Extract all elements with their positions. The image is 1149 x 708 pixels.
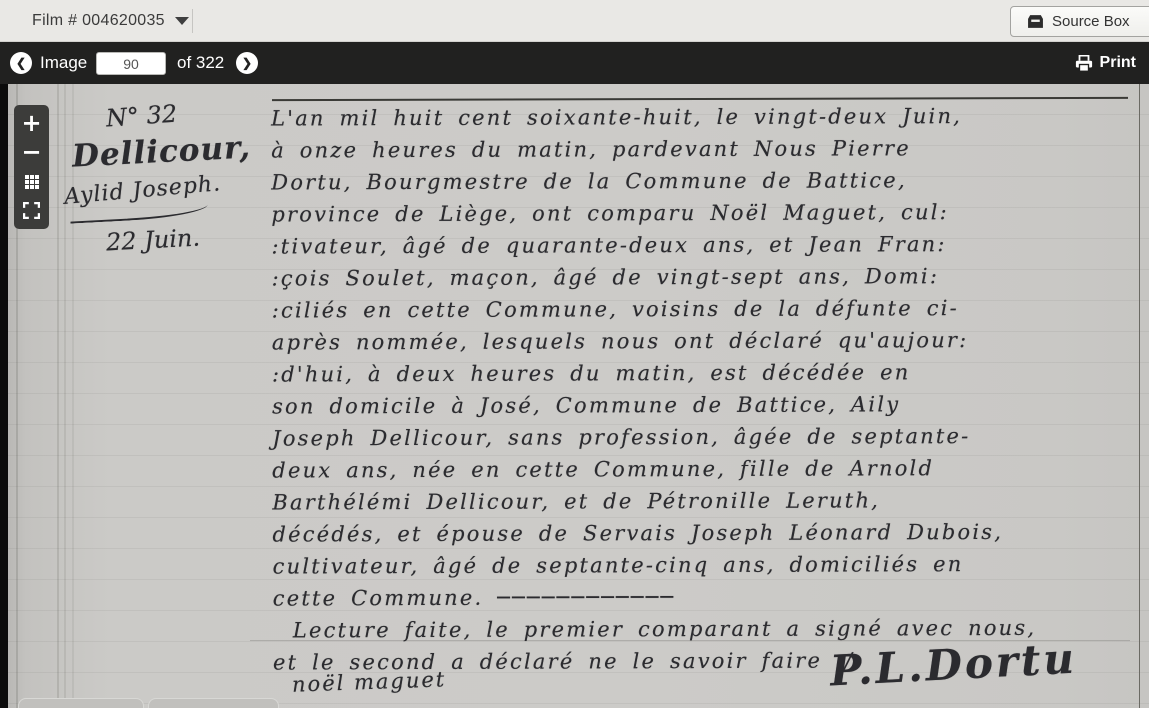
fullscreen-icon: [23, 202, 40, 219]
record-line: cultivateur, âgé de septante-cinq ans, d…: [273, 547, 1135, 582]
caret-down-icon: [175, 17, 189, 25]
record-line: :tivateur, âgé de quarante-deux ans, et …: [271, 227, 1133, 262]
signature-declarant: noël maguet: [292, 667, 447, 696]
bottom-toolbar-stub[interactable]: [148, 698, 279, 708]
zoom-in-button[interactable]: +: [17, 109, 47, 137]
film-bar: Film # 004620035 Source Box: [0, 0, 1149, 42]
plus-icon: +: [21, 109, 41, 137]
record-line: L'an mil huit cent soixante-huit, le vin…: [271, 99, 1133, 134]
record-line: cette Commune. ────────────: [273, 579, 1135, 614]
film-edge: [0, 84, 8, 708]
grid-icon: [25, 175, 39, 189]
zoom-control-panel: + −: [14, 105, 49, 229]
record-line: province de Liège, ont comparu Noël Magu…: [271, 195, 1133, 230]
page-margin-rule: [1139, 84, 1140, 708]
image-nav-bar: ❮ Image of 322 ❯ Print: [0, 42, 1149, 84]
source-box-button[interactable]: Source Box: [1010, 6, 1149, 37]
bottom-toolbar-stub[interactable]: [18, 698, 144, 708]
browse-images-button[interactable]: [17, 168, 47, 196]
chevron-right-icon: ❯: [242, 56, 252, 70]
prev-image-button[interactable]: ❮: [10, 52, 32, 74]
page-fold-line: [64, 84, 66, 708]
record-line: à onze heures du matin, pardevant Nous P…: [271, 131, 1133, 166]
film-selector[interactable]: Film # 004620035: [32, 0, 189, 42]
page-fold-line: [72, 84, 74, 708]
record-line: Joseph Dellicour, sans profession, âgée …: [272, 419, 1134, 454]
divider: [192, 9, 193, 33]
record-margin-surname: Dellicour,: [71, 129, 252, 174]
print-button[interactable]: Print: [1075, 42, 1136, 84]
printer-icon: [1075, 55, 1093, 72]
source-box-icon: [1027, 14, 1044, 29]
next-image-button[interactable]: ❯: [236, 52, 258, 74]
record-line: Barthélémi Dellicour, et de Pétronille L…: [272, 483, 1134, 518]
image-label: Image: [40, 42, 87, 84]
film-number-label: Film # 004620035: [32, 12, 165, 30]
record-body-text: L'an mil huit cent soixante-huit, le vin…: [271, 99, 1135, 678]
zoom-out-button[interactable]: −: [17, 138, 47, 166]
minus-icon: −: [21, 138, 41, 166]
record-line: son domicile à José, Commune de Battice,…: [272, 387, 1134, 422]
film-viewer-app: Film # 004620035 Source Box ❮ Image of 3…: [0, 0, 1149, 708]
record-line: :çois Soulet, maçon, âgé de vingt-sept a…: [272, 259, 1134, 294]
record-line: décédés, et épouse de Servais Joseph Léo…: [272, 515, 1134, 550]
record-line: Dortu, Bourgmestre de la Commune de Batt…: [271, 163, 1133, 198]
record-line: après nommée, lesquels nous ont déclaré …: [272, 323, 1134, 358]
image-number-input[interactable]: [96, 52, 166, 75]
source-box-label: Source Box: [1052, 13, 1130, 30]
document-image[interactable]: N° 32 Dellicour, Aylid Joseph. 22 Juin. …: [0, 84, 1149, 708]
page-fold-line: [57, 84, 59, 708]
record-line: :ciliés en cette Commune, voisins de la …: [272, 291, 1134, 326]
image-total-label: of 322: [177, 42, 224, 84]
chevron-left-icon: ❮: [16, 56, 26, 70]
record-margin-date: 22 Juin.: [105, 224, 200, 257]
fullscreen-button[interactable]: [17, 197, 47, 225]
record-line: :d'hui, à deux heures du matin, est décé…: [272, 355, 1134, 390]
record-margin-number: N° 32: [105, 100, 178, 133]
print-label: Print: [1100, 54, 1136, 72]
record-line: deux ans, née en cette Commune, fille de…: [272, 451, 1134, 486]
